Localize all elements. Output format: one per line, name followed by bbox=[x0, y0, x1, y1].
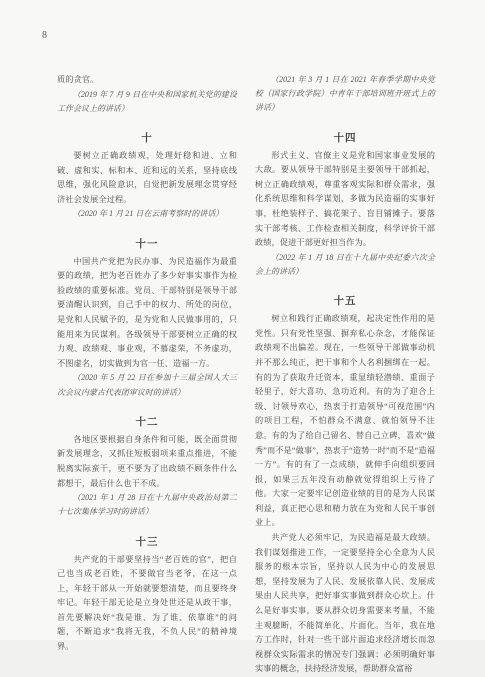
section-heading-12: 十二 bbox=[57, 417, 237, 429]
section-body-11: 中国共产党把为民办事、为民造福作为最重要的政绩，把为老百姓办了多少好事实事作为检… bbox=[57, 255, 237, 372]
page-number: 8 bbox=[42, 30, 47, 41]
citation: （2021 年 1 月 28 日在十九届中央政治局第二十七次集体学习时的讲话） bbox=[57, 491, 237, 519]
section-body-10: 要树立正确政绩观，处理好稳和进、立和破、虚和实、标和本、近和远的关系，坚持底线思… bbox=[57, 149, 237, 207]
section-body-15-paragraph-1: 树立和践行正确政绩观，起决定性作用的是党性。只有党性坚强、摒弃私心杂念，才能保证… bbox=[255, 312, 435, 531]
section-body-14: 形式主义、官僚主义是党和国家事业发展的大敌。要从领导干部特别是主要领导干部抓起，… bbox=[255, 149, 435, 251]
section-body-13: 共产党的干部要坚持当“老百姓的官”，把自己也当成老百姓，不要做官当老爷，在这一点… bbox=[57, 553, 237, 640]
citation: （2021 年 3 月 1 日在 2021 年春季学期中央党校（国家行政学院）中… bbox=[255, 73, 435, 116]
text-columns: 质的贪官。 （2019 年 7 月 9 日在中央和国家机关党的建设工作会议上的讲… bbox=[57, 60, 435, 640]
section-body-15-paragraph-2: 共产党人必须牢记，为民造福是最大政绩。我们谋划推进工作，一定要坚持全心全意为人民… bbox=[255, 531, 435, 640]
section-heading-13: 十三 bbox=[57, 537, 237, 549]
carryover-fragment: 质的贪官。 bbox=[57, 73, 237, 88]
citation: （2020 年 5 月 22 日在参加十三届全国人大三次会议内蒙古代表团审议时的… bbox=[57, 371, 237, 399]
citation: （2022 年 1 月 18 日在十九届中央纪委六次全会上的讲话） bbox=[255, 251, 435, 279]
left-column: 质的贪官。 （2019 年 7 月 9 日在中央和国家机关党的建设工作会议上的讲… bbox=[57, 60, 237, 640]
citation: （2020 年 1 月 21 日在云南考察时的讲话） bbox=[57, 207, 237, 221]
section-heading-15: 十五 bbox=[255, 296, 435, 308]
right-column: （2021 年 3 月 1 日在 2021 年春季学期中央党校（国家行政学院）中… bbox=[255, 60, 435, 640]
book-page: 8 质的贪官。 （2019 年 7 月 9 日在中央和国家机关党的建设工作会议上… bbox=[0, 0, 485, 640]
section-heading-10: 十 bbox=[57, 133, 237, 145]
section-heading-14: 十四 bbox=[255, 133, 435, 145]
section-heading-11: 十一 bbox=[57, 239, 237, 251]
citation: （2019 年 7 月 9 日在中央和国家机关党的建设工作会议上的讲话） bbox=[57, 88, 237, 116]
section-body-12: 各地区要根据自身条件和可能，既全面贯彻新发展理念，又抓住短板弱项来重点推进，不能… bbox=[57, 433, 237, 491]
